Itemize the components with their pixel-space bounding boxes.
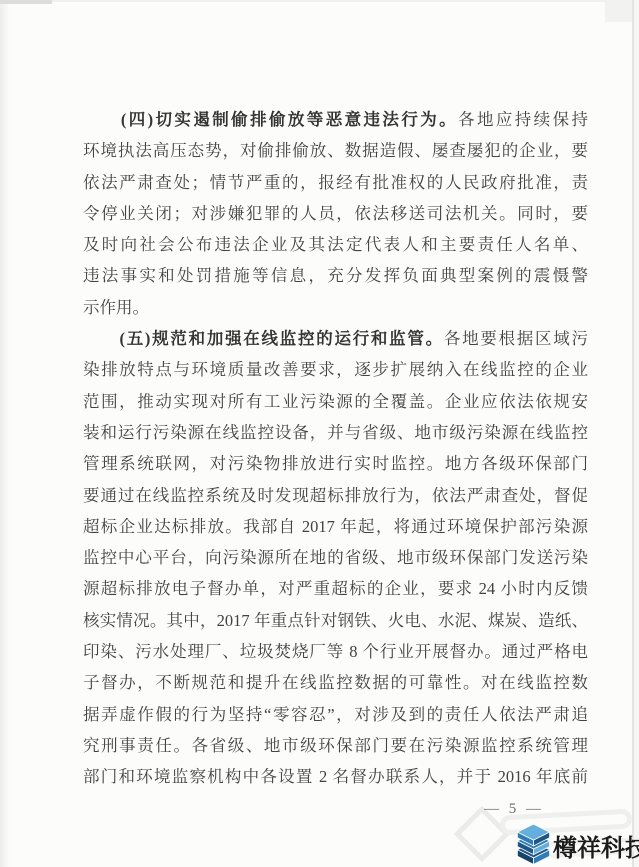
- text-line: 据弄虚作假的行为坚持“零容忍”，对涉及到的责任人依法严肃追: [83, 699, 588, 730]
- text-line: 装和运行污染源在线监控设备，并与省级、地市级污染源在线监控: [83, 417, 588, 448]
- document-page: (四)切实遏制偷排偷放等恶意违法行为。各地应持续保持环境执法高压态势，对偷排偷放…: [0, 0, 639, 867]
- text-line: 管理系统联网，对污染物排放进行实时监控。地方各级环保部门: [83, 448, 588, 479]
- line-text: 装和运行污染源在线监控设备，并与省级、地市级污染源在线监控: [83, 423, 588, 442]
- text-line: 依法严肃查处；情节严重的，报经有批准权的人民政府批准，责: [83, 167, 588, 198]
- line-text: 究刑事责任。各省级、地市级环保部门要在污染源监控系统管理: [83, 736, 588, 755]
- line-text: 要通过在线监控系统及时发现超标排放行为，依法严肃查处，督促: [83, 486, 588, 505]
- line-text: 监控中心平台，向污染源所在地的省级、地市级环保部门发送污染: [83, 548, 588, 567]
- text-line: 要通过在线监控系统及时发现超标排放行为，依法严肃查处，督促: [83, 480, 588, 511]
- scan-edge-top: [0, 0, 639, 2]
- line-text: 范围，推动实现对所有工业污染源的全覆盖。企业应依法依规安: [83, 392, 588, 411]
- line-text: 据弄虚作假的行为坚持“零容忍”，对涉及到的责任人依法严肃追: [83, 705, 588, 724]
- line-text: 核实情况。其中，2017 年重点针对钢铁、火电、水泥、煤炭、造纸、: [83, 611, 588, 630]
- text-line: 印染、污水处理厂、垃圾焚烧厂等 8 个行业开展督办。通过严格电: [83, 636, 588, 667]
- text-line: 环境执法高压态势，对偷排偷放、数据造假、屡查屡犯的企业，要: [83, 135, 588, 166]
- text-line: 及时向社会公布违法企业及其法定代表人和主要责任人名单、: [83, 229, 588, 260]
- text-line: 示作用。: [83, 292, 588, 323]
- line-text: 违法事实和处罚措施等信息，充分发挥负面典型案例的震慑警: [83, 266, 588, 285]
- line-text: 源超标排放电子督办单，对严重超标的企业，要求 24 小时内反馈: [83, 579, 588, 598]
- text-line: 范围，推动实现对所有工业污染源的全覆盖。企业应依法依规安: [83, 386, 588, 417]
- line-text: 环境执法高压态势，对偷排偷放、数据造假、屡查屡犯的企业，要: [83, 141, 588, 160]
- brand-watermark: 樽祥科技: [515, 824, 639, 866]
- text-line: 令停业关闭；对涉嫌犯罪的人员，依法移送司法机关。同时，要: [83, 198, 588, 229]
- line-text: 管理系统联网，对污染物排放进行实时监控。地方各级环保部门: [83, 454, 588, 473]
- text-line: 源超标排放电子督办单，对严重超标的企业，要求 24 小时内反馈: [83, 573, 588, 604]
- line-text: 示作用。: [83, 298, 149, 317]
- paragraph-heading: (四)切实遏制偷排偷放等恶意违法行为。: [83, 110, 458, 129]
- line-text: 各地应持续保持: [458, 110, 588, 129]
- scan-artifact-top-left: [0, 0, 52, 4]
- document-body: (四)切实遏制偷排偷放等恶意违法行为。各地应持续保持环境执法高压态势，对偷排偷放…: [83, 104, 588, 793]
- text-line: 核实情况。其中，2017 年重点针对钢铁、火电、水泥、煤炭、造纸、: [83, 605, 588, 636]
- text-line: 监控中心平台，向污染源所在地的省级、地市级环保部门发送污染: [83, 542, 588, 573]
- text-line: 究刑事责任。各省级、地市级环保部门要在污染源监控系统管理: [83, 730, 588, 761]
- line-text: 依法严肃查处；情节严重的，报经有批准权的人民政府批准，责: [83, 173, 588, 192]
- text-line: 超标企业达标排放。我部自 2017 年起，将通过环境保护部污染源: [83, 511, 588, 542]
- line-text: 印染、污水处理厂、垃圾焚烧厂等 8 个行业开展督办。通过严格电: [83, 642, 588, 661]
- text-line: 违法事实和处罚措施等信息，充分发挥负面典型案例的震慑警: [83, 260, 588, 291]
- scan-edge-left: [0, 0, 10, 867]
- line-text: 子督办，不断规范和提升在线监控数据的可靠性。对在线监控数: [83, 673, 588, 692]
- scan-edge-right-strip: [634, 0, 639, 867]
- page-number: — 5 —: [472, 801, 556, 819]
- text-line: (四)切实遏制偷排偷放等恶意违法行为。各地应持续保持: [83, 104, 588, 135]
- text-line: 部门和环境监察机构中各设置 2 名督办联系人，并于 2016 年底前: [83, 761, 588, 792]
- brand-name: 樽祥科技: [553, 828, 639, 863]
- text-line: (五)规范和加强在线监控的运行和监管。各地要根据区域污: [83, 323, 588, 354]
- line-text: 各地要根据区域污: [444, 329, 588, 348]
- text-line: 染排放特点与环境质量改善要求，逐步扩展纳入在线监控的企业: [83, 354, 588, 385]
- line-text: 染排放特点与环境质量改善要求，逐步扩展纳入在线监控的企业: [83, 360, 588, 379]
- line-text: 超标企业达标排放。我部自 2017 年起，将通过环境保护部污染源: [83, 517, 588, 536]
- stacked-books-icon: [515, 824, 552, 866]
- text-line: 子督办，不断规范和提升在线监控数据的可靠性。对在线监控数: [83, 667, 588, 698]
- paragraph-heading: (五)规范和加强在线监控的运行和监管。: [83, 329, 444, 348]
- line-text: 部门和环境监察机构中各设置 2 名督办联系人，并于 2016 年底前: [83, 767, 588, 786]
- line-text: 及时向社会公布违法企业及其法定代表人和主要责任人名单、: [83, 235, 588, 254]
- line-text: 令停业关闭；对涉嫌犯罪的人员，依法移送司法机关。同时，要: [83, 204, 588, 223]
